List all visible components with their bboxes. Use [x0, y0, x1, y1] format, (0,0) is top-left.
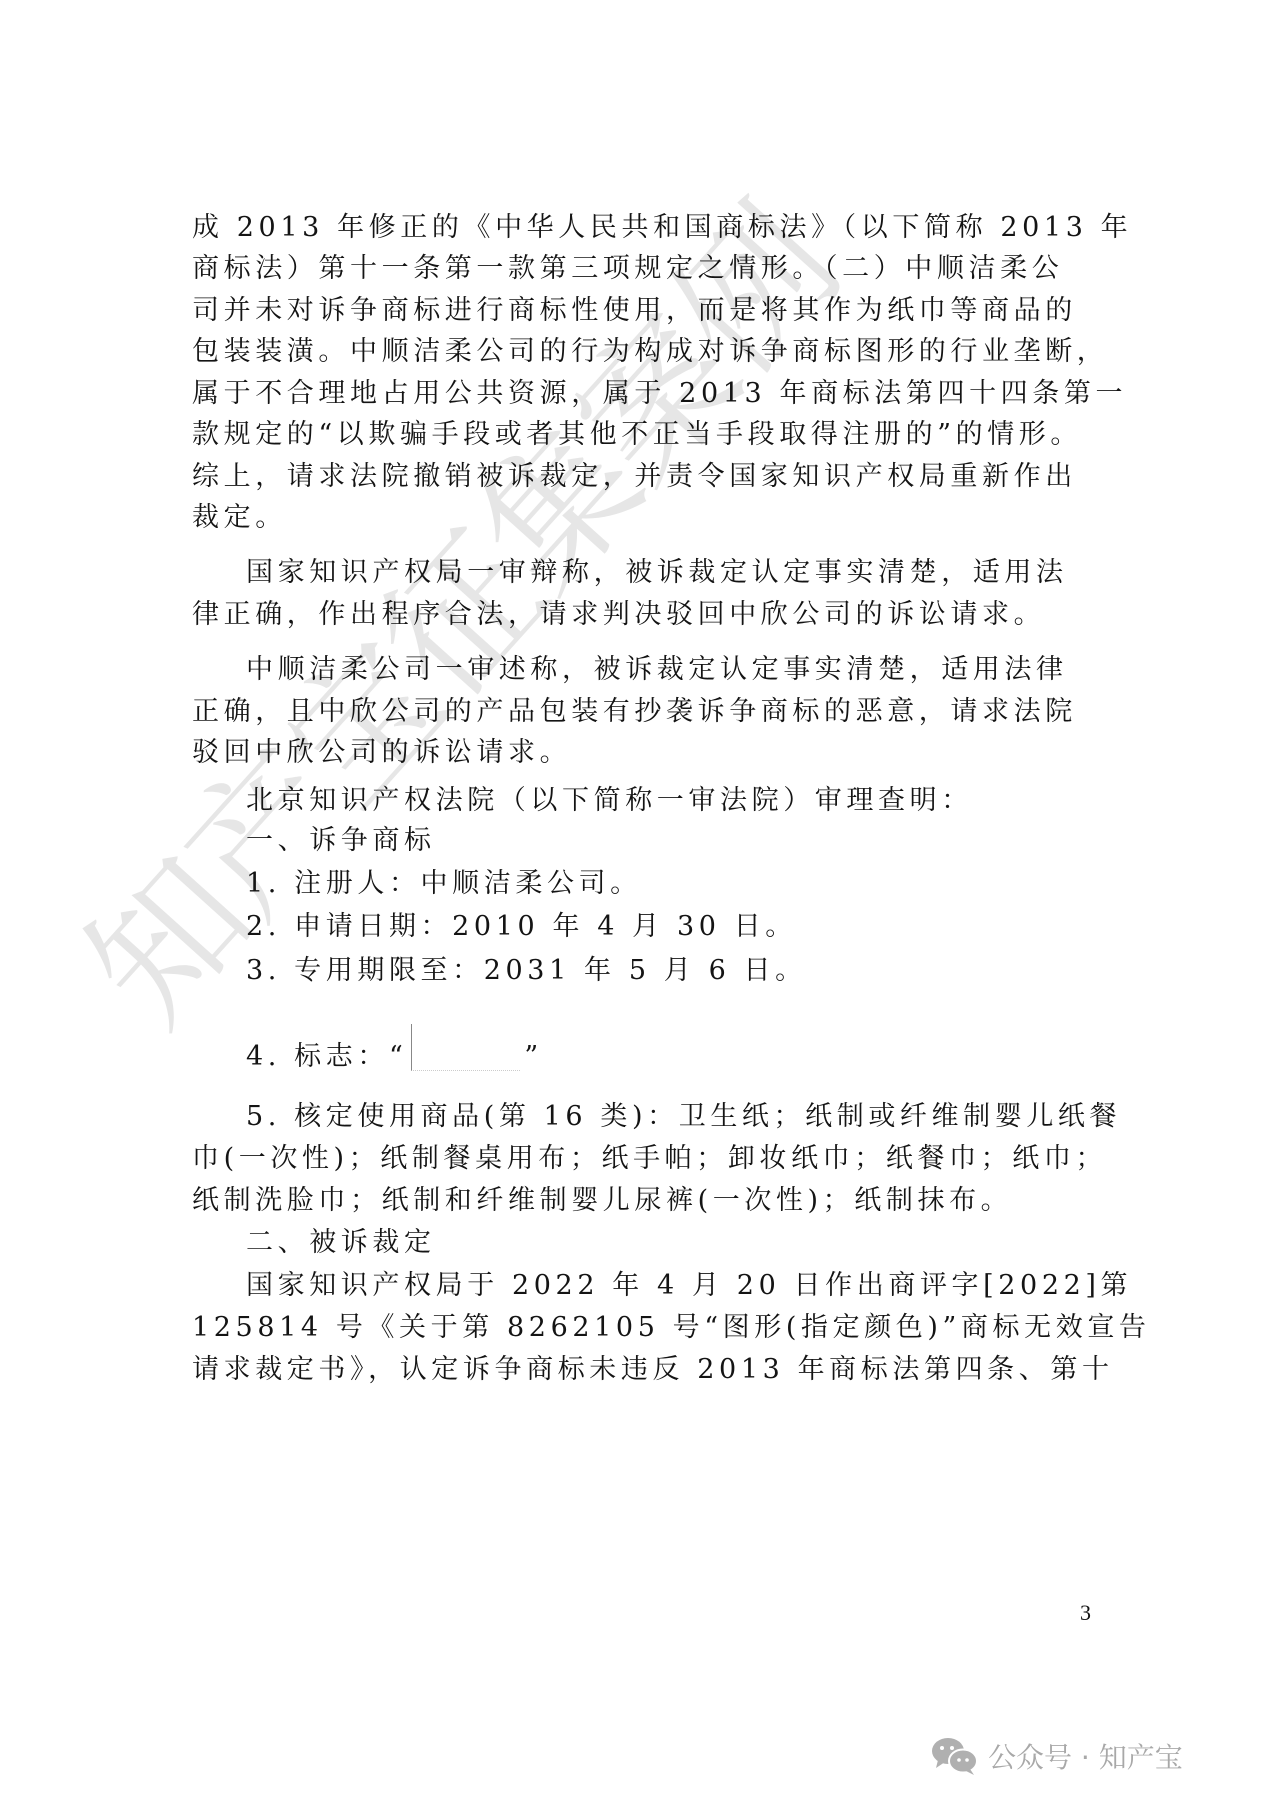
text-line: 巾(一次性)；纸制餐桌用布；纸手帕；卸妆纸巾；纸餐巾；纸巾； [192, 1138, 984, 1180]
wechat-icon [930, 1736, 980, 1776]
trademark-image-placeholder [411, 1024, 520, 1071]
text-line: 北京知识产权法院（以下简称一审法院）审理查明： [246, 780, 984, 822]
text-line: 属于不合理地占用公共资源，属于 2013 年商标法第四十四条第一 [192, 373, 984, 415]
text-line: 成 2013 年修正的《中华人民共和国商标法》（以下简称 2013 年 [192, 207, 984, 249]
document-page: 知产宝征集案例 成 2013 年修正的《中华人民共和国商标法》（以下简称 201… [0, 0, 1280, 1810]
page-number: 3 [1080, 1600, 1091, 1626]
text-line: 国家知识产权局于 2022 年 4 月 20 日作出商评字[2022]第 [246, 1265, 984, 1307]
text-line: 律正确，作出程序合法，请求判决驳回中欣公司的诉讼请求。 [192, 594, 984, 636]
text-line: 裁定。 [192, 497, 984, 539]
text-line: 2. 申请日期：2010 年 4 月 30 日。 [246, 906, 984, 948]
text-line: 纸制洗脸巾；纸制和纤维制婴儿尿裤(一次性)；纸制抹布。 [192, 1180, 984, 1222]
text-line: 综上，请求法院撤销被诉裁定，并责令国家知识产权局重新作出 [192, 456, 984, 498]
text-line: 5. 核定使用商品(第 16 类)：卫生纸；纸制或纤维制婴儿纸餐 [246, 1096, 984, 1138]
source-footer: 公众号 · 知产宝 [930, 1736, 1183, 1776]
text-line: 驳回中欣公司的诉讼请求。 [192, 732, 984, 774]
section-heading: 一、诉争商标 [246, 820, 984, 862]
text-line: 1. 注册人：中顺洁柔公司。 [246, 863, 984, 905]
footer-label: 公众号 · 知产宝 [988, 1736, 1183, 1776]
text-line: 司并未对诉争商标进行商标性使用，而是将其作为纸巾等商品的 [192, 290, 984, 332]
mark-label: 4. 标志：“ [246, 1041, 407, 1072]
text-line: 商标法）第十一条第一款第三项规定之情形。（二）中顺洁柔公 [192, 248, 984, 290]
mark-close-quote: ” [524, 1041, 542, 1072]
text-line: 3. 专用期限至：2031 年 5 月 6 日。 [246, 950, 984, 992]
text-line: 中顺洁柔公司一审述称，被诉裁定认定事实清楚，适用法律 [246, 649, 984, 691]
text-line: 包装装潢。中顺洁柔公司的行为构成对诉争商标图形的行业垄断， [192, 331, 984, 373]
mark-line: 4. 标志：“” [246, 1024, 984, 1066]
text-line: 请求裁定书》，认定诉争商标未违反 2013 年商标法第四条、第十 [192, 1349, 984, 1391]
text-line: 款规定的“以欺骗手段或者其他不正当手段取得注册的”的情形。 [192, 414, 984, 456]
text-line: 正确，且中欣公司的产品包装有抄袭诉争商标的恶意，请求法院 [192, 691, 984, 733]
text-line: 国家知识产权局一审辩称，被诉裁定认定事实清楚，适用法 [246, 552, 984, 594]
section-heading: 二、被诉裁定 [246, 1222, 984, 1264]
text-line: 125814 号《关于第 8262105 号“图形(指定颜色)”商标无效宣告 [192, 1307, 984, 1349]
